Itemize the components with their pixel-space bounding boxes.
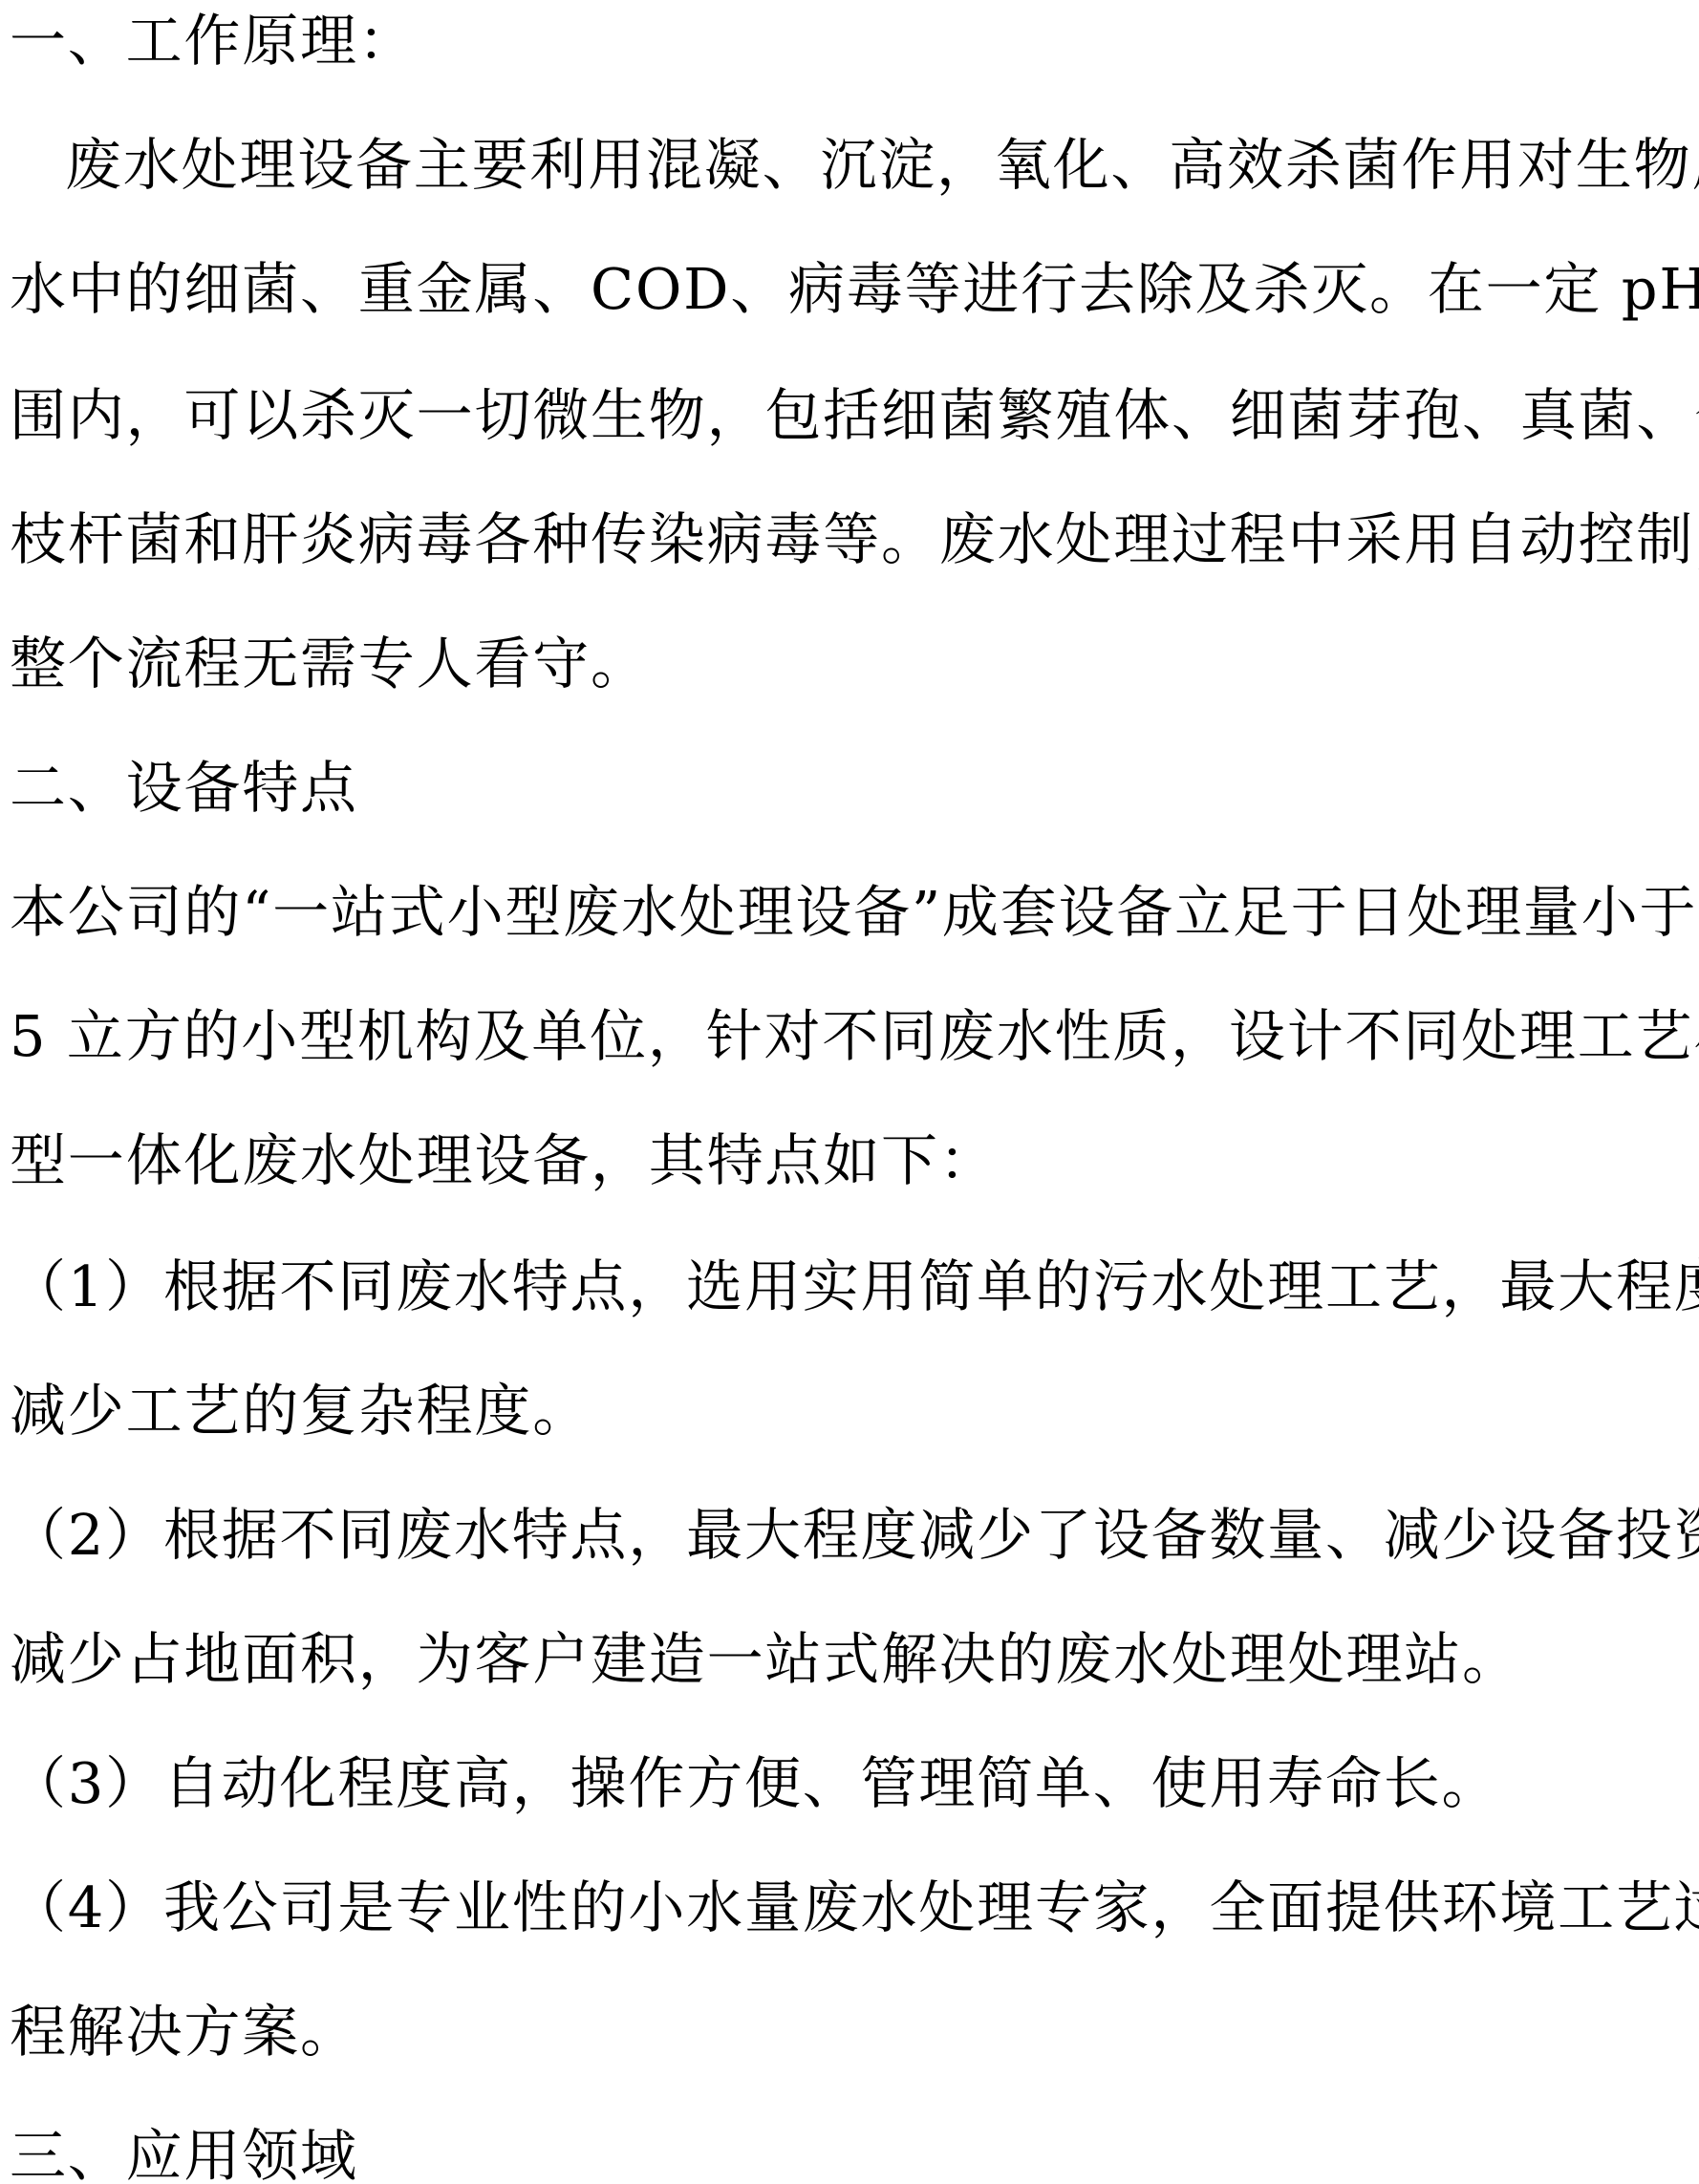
list-item-2-line: 减少占地面积，为客户建造一站式解决的废水处理处理站。 [10, 1626, 1520, 1693]
paragraph-line: 整个流程无需专人看守。 [10, 631, 649, 697]
list-item-1-line: 减少工艺的复杂程度。 [10, 1378, 591, 1445]
paragraph-line: 枝杆菌和肝炎病毒各种传染病毒等。废水处理过程中采用自动控制， [10, 506, 1699, 573]
paragraph-line: 围内，可以杀灭一切微生物，包括细菌繁殖体、细菌芽孢、真菌、分 [10, 382, 1699, 449]
list-item-4-line: 程解决方案。 [10, 1999, 358, 2066]
section-heading-equipment-features: 二、设备特点 [10, 755, 358, 822]
list-item-2-line: （2）根据不同废水特点，最大程度减少了设备数量、减少设备投资、 [10, 1502, 1699, 1569]
list-item-4-line: （4）我公司是专业性的小水量废水处理专家，全面提供环境工艺过 [10, 1874, 1699, 1941]
paragraph-line: 型一体化废水处理设备，其特点如下： [10, 1127, 998, 1194]
paragraph-line: 水中的细菌、重金属、COD、病毒等进行去除及杀灭。在一定 pH 值范 [10, 256, 1699, 323]
paragraph-line: 5 立方的小型机构及单位，针对不同废水性质，设计不同处理工艺小 [10, 1003, 1699, 1070]
list-item-3-line: （3）自动化程度高，操作方便、管理简单、使用寿命长。 [10, 1750, 1499, 1817]
section-heading-application-fields: 三、应用领域 [10, 2123, 358, 2184]
paragraph-line: 本公司的“一站式小型废水处理设备”成套设备立足于日处理量小于 [10, 879, 1697, 946]
paragraph-line: 废水处理设备主要利用混凝、沉淀，氧化、高效杀菌作用对生物废 [65, 132, 1699, 199]
list-item-1-line: （1）根据不同废水特点，选用实用简单的污水处理工艺，最大程度 [10, 1253, 1699, 1320]
section-heading-working-principle: 一、工作原理： [10, 8, 417, 75]
